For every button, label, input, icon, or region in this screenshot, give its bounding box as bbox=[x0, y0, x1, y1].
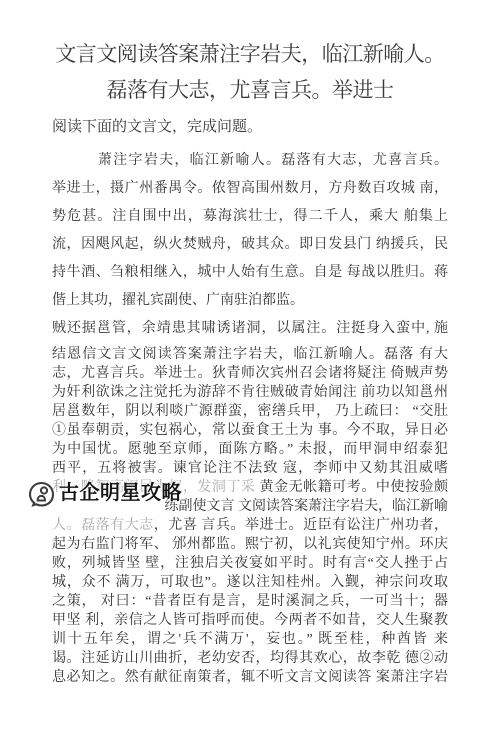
text-line: 西平，五将被害。谏官论注不法致 寇，李师中又劾其沮威嗜 bbox=[52, 459, 448, 478]
watermark: 古企明星攻略 bbox=[28, 480, 182, 507]
text-line: 结恩信文言文阅读答案萧注字岩夫，临江新喻人。磊落 有大 bbox=[52, 345, 448, 364]
text-line: 志，尤喜言兵。举进士。狄青师次宾州召会诸将疑注 倚贼声势 bbox=[52, 364, 448, 383]
text-segment: 黄金无帐籍可考。中使按验颇 bbox=[256, 480, 448, 495]
text-line: 举进士，摄广州番禺令。侬智高围州数月，方舟数百攻城 南， bbox=[52, 175, 448, 203]
text-line: 为奸利欲诛之注觉托为游辞不肯往贼破青始闻注 前功以知邕州 bbox=[52, 383, 448, 402]
text-segment: 偕上其功，擢礼宾副使、广南驻泊都监。 bbox=[52, 293, 304, 308]
text-segment: 起为右监门将军、 邠州都监。熙宁初，以礼宾使知宁州。环庆 bbox=[52, 537, 448, 552]
document-content: 文言文阅读答案萧注字岩夫，临江新喻人。 磊落有大志，尤喜言兵。举进士 阅读下面的… bbox=[0, 0, 500, 687]
text-line: 贼还据邕管，余靖患其啸诱诸洞，以属注。注挺身入蛮中, 施 bbox=[52, 315, 448, 343]
title-line-2: 磊落有大志，尤喜言兵。举进士 bbox=[52, 72, 448, 108]
text-segment: 萧注字岩夫，临江新喻人。磊落有大志，尤喜言兵。 bbox=[98, 153, 448, 168]
text-segment: 持牛酒、刍粮相继入，城中人始有生意。自是 每战以胜归。蒋 bbox=[52, 265, 448, 280]
paragraph-1: 萧注字岩夫，临江新喻人。磊落有大志，尤喜言兵。举进士，摄广州番禺令。侬智高围州数… bbox=[52, 147, 448, 343]
text-segment: 贼还据邕管，余靖患其啸诱诸洞，以属注。注挺身入蛮中, 施 bbox=[52, 321, 448, 336]
text-line: ①虽奉朝贡，实包祸心，常以蚕食王土为 事。今不取，异日必 bbox=[52, 421, 448, 440]
text-line: 起为右监门将军、 邠州都监。熙宁初，以礼宾使知宁州。环庆 bbox=[52, 535, 448, 554]
text-line: 萧注字岩夫，临江新喻人。磊落有大志，尤喜言兵。 bbox=[52, 147, 448, 175]
text-line: 谒。注延访山川曲折，老幼安否，均得其欢心，故李乾 德②动 bbox=[52, 649, 448, 668]
text-line: 之策， 对曰：“昔者臣有是言，是时溪洞之兵，一可当十；器 bbox=[52, 592, 448, 611]
text-line: 居邕数年，阴以利啖广源群蛮，密缮兵甲， 乃上疏曰： “交肚 bbox=[52, 402, 448, 421]
text-segment: 甲坚 利，亲信之人皆可指呼而使。今两者不如昔，交人生聚教 bbox=[52, 613, 448, 628]
text-segment: ①虽奉朝贡，实包祸心，常以蚕食王土为 事。今不取，异日必 bbox=[52, 423, 448, 438]
text-line: 城，众不 满万，可取也”。遂以注知桂州。入觐，神宗问攻取 bbox=[52, 573, 448, 592]
text-line: 甲坚 利，亲信之人皆可指呼而使。今两者不如昔，交人生聚教 bbox=[52, 611, 448, 630]
text-segment: 息必知之。然有献征南策者，辄不听文言文阅读答 案萧注字岩 bbox=[52, 670, 448, 685]
intro-line: 阅读下面的文言文，完成问题。 bbox=[52, 117, 448, 137]
text-segment: ，尤喜 言兵。举进士。近臣有讼注广州功者， bbox=[154, 518, 448, 533]
text-segment: 居邕数年，阴以利啖广源群蛮，密缮兵甲， 乃上疏曰： “交肚 bbox=[52, 404, 448, 419]
document-body: 萧注字岩夫，临江新喻人。磊落有大志，尤喜言兵。举进士，摄广州番禺令。侬智高围州数… bbox=[52, 147, 448, 687]
text-line: 训十五年矣，谓之'兵不满万'，妄也。” 既至桂，种酋皆 来 bbox=[52, 630, 448, 649]
text-line: 为中国忧。愿驰至京师，面陈方略。” 未报，而甲洞申绍泰犯 bbox=[52, 440, 448, 459]
faded-text-segment: 人。磊落有大志 bbox=[52, 518, 154, 533]
text-line: 人。磊落有大志，尤喜 言兵。举进士。近臣有讼注广州功者， bbox=[52, 516, 448, 535]
text-segment: 为奸利欲诛之注觉托为游辞不肯往贼破青始闻注 前功以知邕州 bbox=[52, 385, 448, 400]
text-segment: 势危甚。注自围中出，募海滨壮士，得二千人，乘大 舶集上 bbox=[52, 209, 448, 224]
text-segment: 举进士，摄广州番禺令。侬智高围州数月，方舟数百攻城 南， bbox=[52, 181, 448, 196]
text-segment: 西平，五将被害。谏官论注不法致 寇，李师中又劾其沮威嗜 bbox=[52, 461, 448, 476]
text-segment: 志，尤喜言兵。举进士。狄青师次宾州召会诸将疑注 倚贼声势 bbox=[52, 366, 448, 381]
text-segment: 谒。注延访山川曲折，老幼安否，均得其欢心，故李乾 德②动 bbox=[52, 651, 448, 666]
paragraph-2: 结恩信文言文阅读答案萧注字岩夫，临江新喻人。磊落 有大志，尤喜言兵。举进士。狄青… bbox=[52, 345, 448, 687]
text-line: 偕上其功，擢礼宾副使、广南驻泊都监。 bbox=[52, 287, 448, 315]
text-segment: 之策， 对曰：“昔者臣有是言，是时溪洞之兵，一可当十；器 bbox=[52, 594, 448, 609]
text-segment: 结恩信文言文阅读答案萧注字岩夫，临江新喻人。磊落 有大 bbox=[52, 347, 448, 362]
text-line: 持牛酒、刍粮相继入，城中人始有生意。自是 每战以胜归。蒋 bbox=[52, 259, 448, 287]
text-segment: 流，因飓风起，纵火焚贼舟，破其众。即日发县门 纳援兵，民 bbox=[52, 237, 448, 252]
text-line: 流，因飓风起，纵火焚贼舟，破其众。即日发县门 纳援兵，民 bbox=[52, 231, 448, 259]
text-segment: 训十五年矣，谓之'兵不满万'，妄也。” 既至桂，种酋皆 来 bbox=[52, 632, 448, 647]
text-segment: 为中国忧。愿驰至京师，面陈方略。” 未报，而甲洞申绍泰犯 bbox=[52, 442, 448, 457]
text-segment: 败，列城皆坚 壁，注独启关夜宴如平时。时有言“交人挫于占 bbox=[52, 556, 448, 571]
page-title: 文言文阅读答案萧注字岩夫，临江新喻人。 磊落有大志，尤喜言兵。举进士 bbox=[52, 36, 448, 108]
text-line: 息必知之。然有献征南策者，辄不听文言文阅读答 案萧注字岩 bbox=[52, 668, 448, 687]
title-line-1: 文言文阅读答案萧注字岩夫，临江新喻人。 bbox=[52, 36, 448, 72]
watermark-text: 古企明星攻略 bbox=[59, 480, 182, 507]
text-line: 势危甚。注自围中出，募海滨壮士，得二千人，乘大 舶集上 bbox=[52, 203, 448, 231]
text-line: 败，列城皆坚 壁，注独启关夜宴如平时。时有言“交人挫于占 bbox=[52, 554, 448, 573]
text-segment: 练副使文言 文阅读答案萧注字岩夫，临江新喻 bbox=[165, 499, 449, 514]
person-in-bubble-icon bbox=[28, 480, 55, 507]
document-page: { "document": { "title": { "lines": [ "文… bbox=[0, 0, 500, 740]
text-segment: 城，众不 满万，可取也”。遂以注知桂州。入觐，神宗问攻取 bbox=[52, 575, 448, 590]
